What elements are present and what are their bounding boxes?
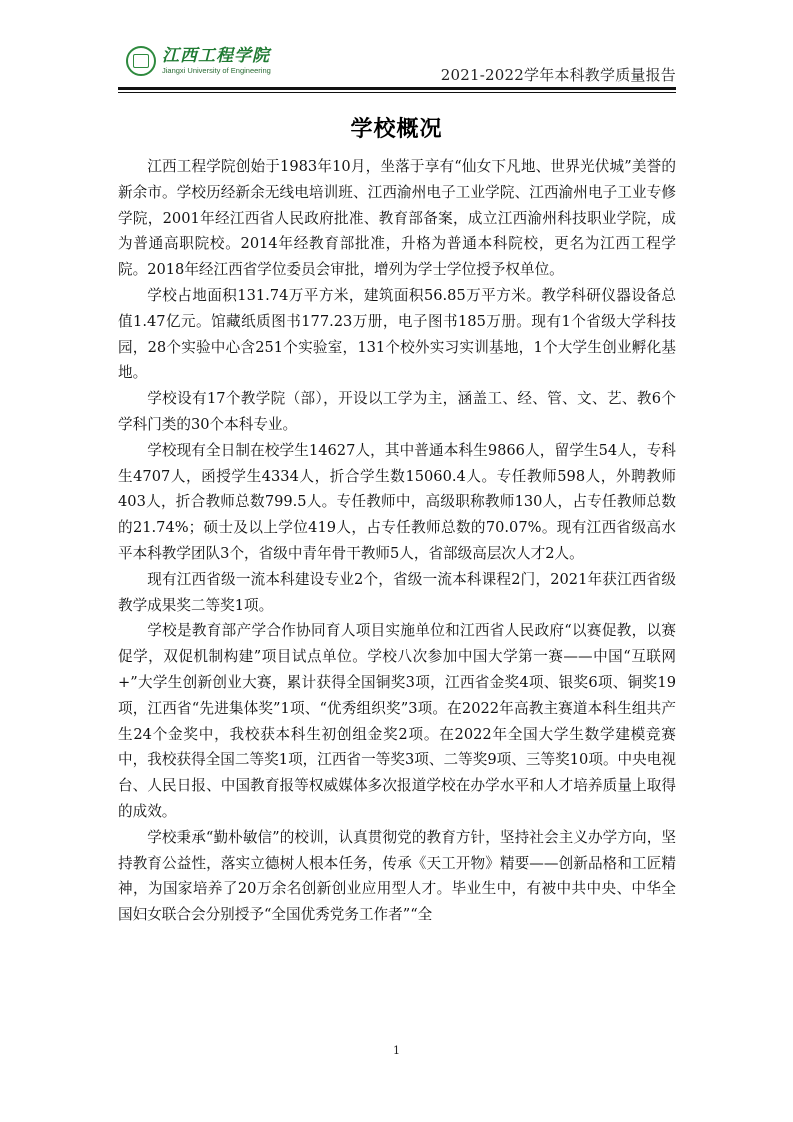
paragraph-first-class: 现有江西省级一流本科建设专业2个，省级一流本科课程2门，2021年获江西省级教学… xyxy=(118,567,676,619)
paragraph-history: 江西工程学院创始于1983年10月，坐落于享有“仙女下凡地、世界光伏城”美誉的新… xyxy=(118,154,676,283)
paragraph-motto: 学校秉承“勤朴敏信”的校训，认真贯彻党的教育方针，坚持社会主义办学方向，坚持教育… xyxy=(118,825,676,928)
paragraph-students-faculty: 学校现有全日制在校学生14627人，其中普通本科生9866人，留学生54人，专科… xyxy=(118,438,676,567)
university-seal-icon xyxy=(126,46,156,76)
page-number: 1 xyxy=(0,1044,793,1057)
paragraph-facilities: 学校占地面积131.74万平方米，建筑面积56.85万平方米。教学科研仪器设备总… xyxy=(118,283,676,386)
report-title: 2021-2022学年本科教学质量报告 xyxy=(441,64,676,85)
logo-chinese-name: 江西工程学院 xyxy=(162,46,271,66)
paragraph-colleges: 学校设有17个教学院（部），开设以工学为主，涵盖工、经、管、文、艺、教6个学科门… xyxy=(118,386,676,438)
header-rule-thin xyxy=(118,92,676,93)
paragraph-competitions: 学校是教育部产学合作协同育人项目实施单位和江西省人民政府“以赛促教，以赛促学，双… xyxy=(118,618,676,824)
university-logo: 江西工程学院 Jiangxi University of Engineering xyxy=(126,46,271,76)
page-header: 江西工程学院 Jiangxi University of Engineering… xyxy=(118,40,676,96)
logo-english-name: Jiangxi University of Engineering xyxy=(162,66,271,76)
logo-text: 江西工程学院 Jiangxi University of Engineering xyxy=(162,46,271,76)
page-title: 学校概况 xyxy=(0,112,793,143)
header-rule-thick xyxy=(118,87,676,90)
body-content: 江西工程学院创始于1983年10月，坐落于享有“仙女下凡地、世界光伏城”美誉的新… xyxy=(118,154,676,928)
